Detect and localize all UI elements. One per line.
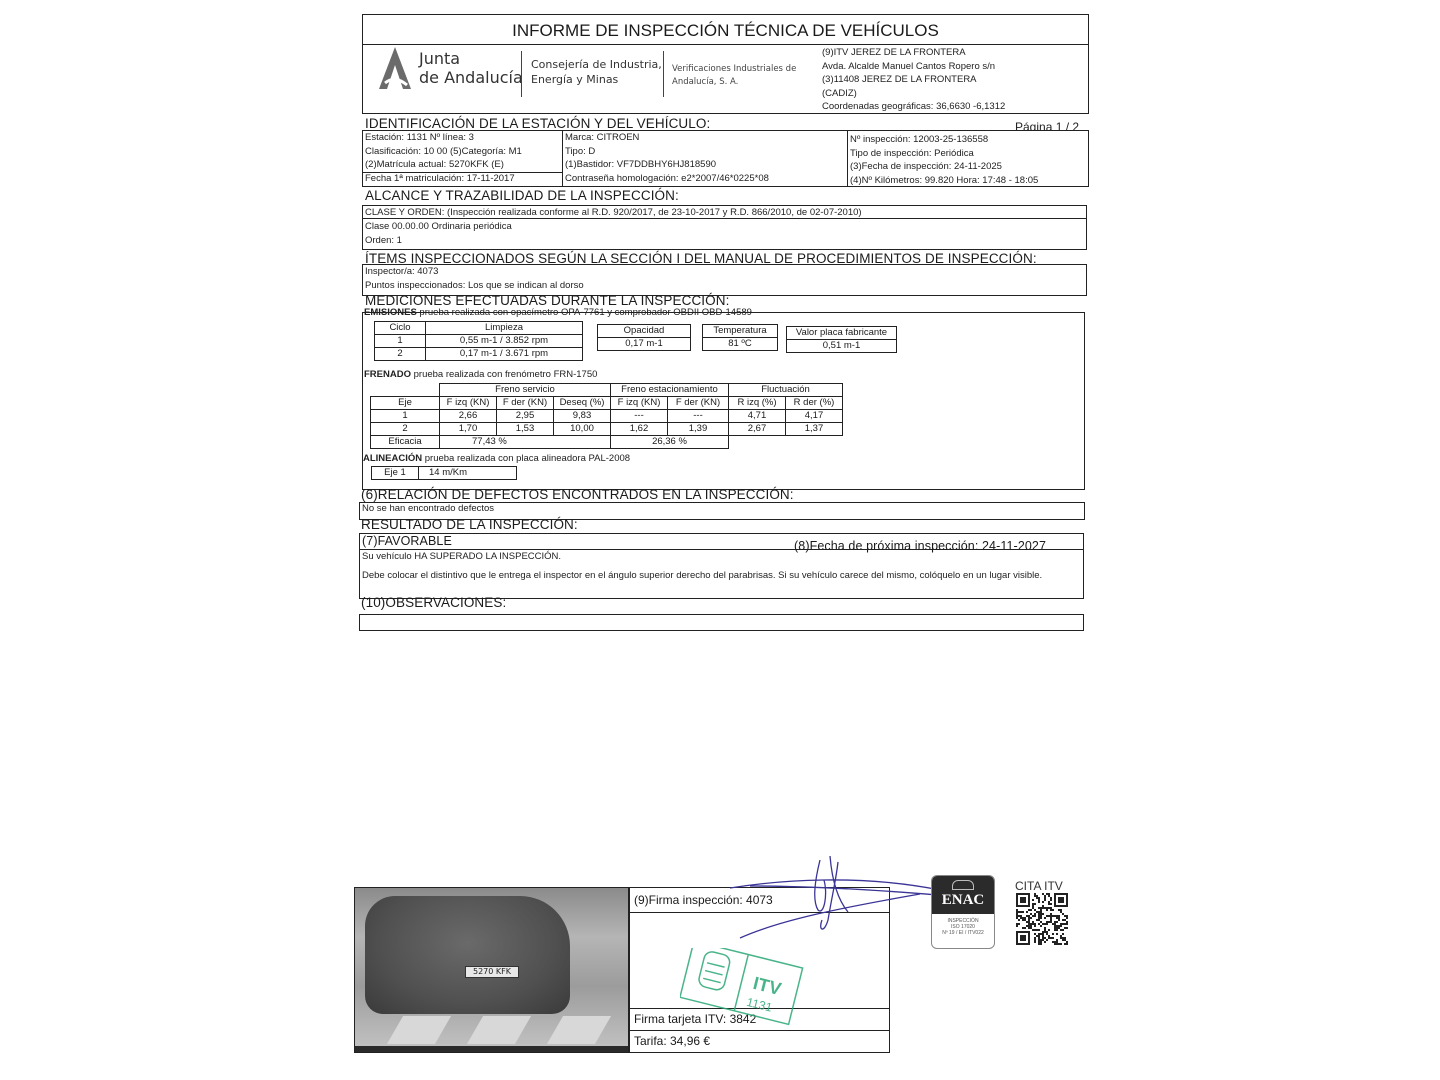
items-text-group: Inspector/a: 4073 Puntos inspeccionados:… [365,265,584,293]
plate-line: (2)Matrícula actual: 5270KFK (E) [365,158,522,172]
alineacion-label: ALINEACIÓN [363,453,422,464]
rizq-header: R izq (%) [729,397,786,410]
observaciones-box [359,614,1084,631]
items-box: Inspector/a: 4073 Puntos inspeccionados:… [362,264,1087,296]
rder-header: R der (%) [786,397,843,410]
emisiones-label: EMISIONES [364,307,417,318]
logo-line-2: de Andalucía [419,68,523,87]
itv-stamp-icon: ITV 1131 [680,948,805,1028]
homologation-line: Contraseña homologación: e2*2007/46*0225… [565,172,769,186]
id-col-divider-1 [562,131,563,186]
value-cell: 4,17 [786,410,843,423]
ciclo-cell: 1 [375,335,426,348]
eficacia-estacionamiento: 26,36 % [611,436,729,449]
table-row: 10,55 m-1 / 3.852 rpm [375,335,583,348]
frenado-desc: prueba realizada con frenómetro FRN-1750 [411,369,597,380]
enac-sub: INSPECCIÓN ISO 17020 Nº 19 / EI / ITV022 [932,918,994,936]
station-street: Avda. Alcalde Manuel Cantos Ropero s/n [822,60,1005,74]
resultado-title: RESULTADO DE LA INSPECCIÓN: [361,517,578,532]
value-cell: --- [611,410,668,423]
valor-placa-value: 0,51 m-1 [787,340,897,353]
qr-label: CITA ITV [1015,879,1063,893]
make-line: Marca: CITROEN [565,131,769,145]
vehicle-photo: 5270 KFK [354,887,629,1053]
ciclo-cell: 2 [375,348,426,361]
puntos-text: Puntos inspeccionados: Los que se indica… [365,279,584,293]
eje-cell: 1 [371,410,440,423]
km-hour-line: (4)Nº Kilómetros: 99.820 Hora: 17:48 - 1… [850,174,1038,188]
value-cell: 1,53 [497,423,554,436]
fluctuacion-header: Fluctuación [729,384,843,397]
value-cell: 2,67 [729,423,786,436]
station-line: Estación: 1131 Nº línea: 3 [365,131,522,145]
id-col-divider-2 [847,131,848,186]
deseq-header: Deseq (%) [554,397,611,410]
consejeria-line-1: Consejería de Industria, [531,57,662,72]
enac-sub-3: Nº 19 / EI / ITV022 [932,930,994,936]
temperatura-value: 81 ºC [703,338,778,351]
defectos-text: No se han encontrado defectos [362,503,494,514]
logo-line-1: Junta [419,49,523,68]
freno-estacionamiento-header: Freno estacionamiento [611,384,729,397]
junta-andalucia-wordmark: Junta de Andalucía [419,49,523,87]
classification-line: Clasificación: 10 00 (5)Categoría: M1 [365,145,522,159]
car-silhouette: 5270 KFK [365,896,570,1014]
report-header: INFORME DE INSPECCIÓN TÉCNICA DE VEHÍCUL… [362,14,1089,114]
resultado-status: (7)FAVORABLE [362,534,452,548]
eficacia-label: Eficacia [371,436,440,449]
enac-badge-top: ENAC [932,876,994,914]
consejeria-line-2: Energía y Minas [531,72,662,87]
id-row-divider [363,172,562,173]
itv-station-address: (9)ITV JEREZ DE LA FRONTERA Avda. Alcald… [822,46,1005,114]
enac-badge: ENAC INSPECCIÓN ISO 17020 Nº 19 / EI / I… [931,875,995,949]
alineacion-desc: prueba realizada con placa alineadora PA… [422,453,630,464]
value-cell: 4,71 [729,410,786,423]
value-cell: 1,70 [440,423,497,436]
value-cell: --- [668,410,729,423]
station-province: (CADIZ) [822,87,1005,101]
frenado-label: FRENADO [364,369,411,380]
floor-stripe [547,1016,611,1044]
table-row: 2 1,70 1,53 10,00 1,62 1,39 2,67 1,37 [371,423,843,436]
eje-cell: 2 [371,423,440,436]
limpieza-header: Limpieza [426,322,583,335]
alcance-title: ALCANCE Y TRAZABILIDAD DE LA INSPECCIÓN: [365,188,679,203]
station-name: (9)ITV JEREZ DE LA FRONTERA [822,46,1005,60]
svg-text:ITV: ITV [751,973,783,999]
eje-header: Eje [371,397,440,410]
emisiones-caption: EMISIONES prueba realizada con opacímetr… [364,307,752,318]
mediciones-title: MEDICIONES EFECTUADAS DURANTE LA INSPECC… [365,293,729,308]
header-divider [363,44,1088,45]
valor-placa-header: Valor placa fabricante [787,327,897,340]
opacidad-header: Opacidad [598,325,691,338]
svg-text:1131: 1131 [745,995,774,1015]
resultado-box: (7)FAVORABLE (8)Fecha de próxima inspecc… [359,533,1084,599]
value-cell: 1,39 [668,423,729,436]
emisiones-table: CicloLimpieza 10,55 m-1 / 3.852 rpm 20,1… [374,321,583,361]
servicio-fizq-header: F izq (KN) [440,397,497,410]
value-cell: 10,00 [554,423,611,436]
opacidad-table: Opacidad 0,17 m-1 [597,324,691,351]
crown-icon [952,880,974,890]
inspection-type-line: Tipo de inspección: Periódica [850,147,1038,161]
inspection-date-line: (3)Fecha de inspección: 24-11-2025 [850,160,1038,174]
alineacion-valor: 14 m/Km [419,467,517,480]
clase-orden-box: CLASE Y ORDEN: (Inspección realizada con… [362,205,1087,219]
clase-text: Clase 00.00.00 Ordinaria periódica [365,220,512,234]
verificaciones-label: Verificaciones Industriales de Andalucía… [672,63,796,89]
value-cell: 2,95 [497,410,554,423]
clase-text-group: Clase 00.00.00 Ordinaria periódica Orden… [365,220,512,248]
verificaciones-line-2: Andalucía, S. A. [672,76,796,89]
eficacia-servicio: 77,43 % [440,436,611,449]
resultado-line-2: Debe colocar el distintivo que le entreg… [362,570,1080,583]
inspector-text: Inspector/a: 4073 [365,265,584,279]
consejeria-divider [663,51,664,97]
clase-orden-text: CLASE Y ORDEN: (Inspección realizada con… [365,207,862,218]
report-title: INFORME DE INSPECCIÓN TÉCNICA DE VEHÍCUL… [363,21,1088,41]
servicio-fder-header: F der (KN) [497,397,554,410]
tarifa: Tarifa: 34,96 € [630,1034,889,1048]
temperatura-table: Temperatura 81 ºC [702,324,778,351]
ciclo-header: Ciclo [375,322,426,335]
junta-andalucia-logo-icon [377,45,413,91]
temperatura-header: Temperatura [703,325,778,338]
empty-cell [371,384,440,397]
next-inspection-date: (8)Fecha de próxima inspección: 24-11-20… [794,539,1046,553]
table-row: 1 2,66 2,95 9,83 --- --- 4,71 4,17 [371,410,843,423]
enac-label: ENAC [932,892,994,909]
value-cell: 1,62 [611,423,668,436]
value-cell: 1,37 [786,423,843,436]
consejeria-label: Consejería de Industria, Energía y Minas [531,57,662,87]
orden-text: Orden: 1 [365,234,512,248]
value-cell: 9,83 [554,410,611,423]
frenado-table: Freno servicio Freno estacionamiento Flu… [370,383,843,449]
resultado-divider [360,549,1083,550]
valor-placa-table: Valor placa fabricante 0,51 m-1 [786,326,897,353]
inspection-number-line: Nº inspección: 12003-25-136558 [850,133,1038,147]
alineacion-caption: ALINEACIÓN prueba realizada con placa al… [363,453,630,464]
id-col-station: Estación: 1131 Nº línea: 3 Clasificación… [365,131,522,185]
limpieza-cell: 0,17 m-1 / 3.671 rpm [426,348,583,361]
estac-fder-header: F der (KN) [668,397,729,410]
sign-divider-3 [630,1030,889,1031]
floor-stripe [467,1016,531,1044]
station-postal: (3)11408 JEREZ DE LA FRONTERA [822,73,1005,87]
defectos-title: (6)RELACIÓN DE DEFECTOS ENCONTRADOS EN L… [361,487,794,502]
resultado-line-1: Su vehículo HA SUPERADO LA INSPECCIÓN. [362,551,561,562]
id-col-vehicle: Marca: CITROEN Tipo: D (1)Bastidor: VF7D… [565,131,769,185]
frenado-caption: FRENADO prueba realizada con frenómetro … [364,369,597,380]
alineacion-eje: Eje 1 [372,467,419,480]
qr-code-icon[interactable] [1016,893,1068,945]
table-row: 20,17 m-1 / 3.671 rpm [375,348,583,361]
floor-stripe [387,1016,451,1044]
inspector-signature-icon [720,850,960,940]
observaciones-title: (10)OBSERVACIONES: [361,595,506,610]
alineacion-table: Eje 114 m/Km [371,466,517,480]
freno-servicio-header: Freno servicio [440,384,611,397]
value-cell: 2,66 [440,410,497,423]
clase-box: Clase 00.00.00 Ordinaria periódica Orden… [362,218,1087,250]
limpieza-cell: 0,55 m-1 / 3.852 rpm [426,335,583,348]
emisiones-desc: prueba realizada con opacímetro OPA-7761… [417,307,752,318]
eficacia-row: Eficacia 77,43 % 26,36 % [371,436,843,449]
estac-fizq-header: F izq (KN) [611,397,668,410]
photo-caption-strip [355,1046,628,1052]
vin-line: (1)Bastidor: VF7DDBHY6HJ818590 [565,158,769,172]
id-col-inspection: Nº inspección: 12003-25-136558 Tipo de i… [850,133,1038,187]
first-registration-line: Fecha 1ª matriculación: 17-11-2017 [365,172,522,186]
verificaciones-line-1: Verificaciones Industriales de [672,63,796,76]
license-plate: 5270 KFK [465,966,519,978]
empty-cell [729,436,843,449]
type-line: Tipo: D [565,145,769,159]
station-coords: Coordenadas geográficas: 36,6630 -6,1312 [822,100,1005,114]
identificacion-title: IDENTIFICACIÓN DE LA ESTACIÓN Y DEL VEHÍ… [365,116,710,131]
opacidad-value: 0,17 m-1 [598,338,691,351]
identificacion-box: Estación: 1131 Nº línea: 3 Clasificación… [362,130,1089,187]
logo-divider [521,51,522,97]
